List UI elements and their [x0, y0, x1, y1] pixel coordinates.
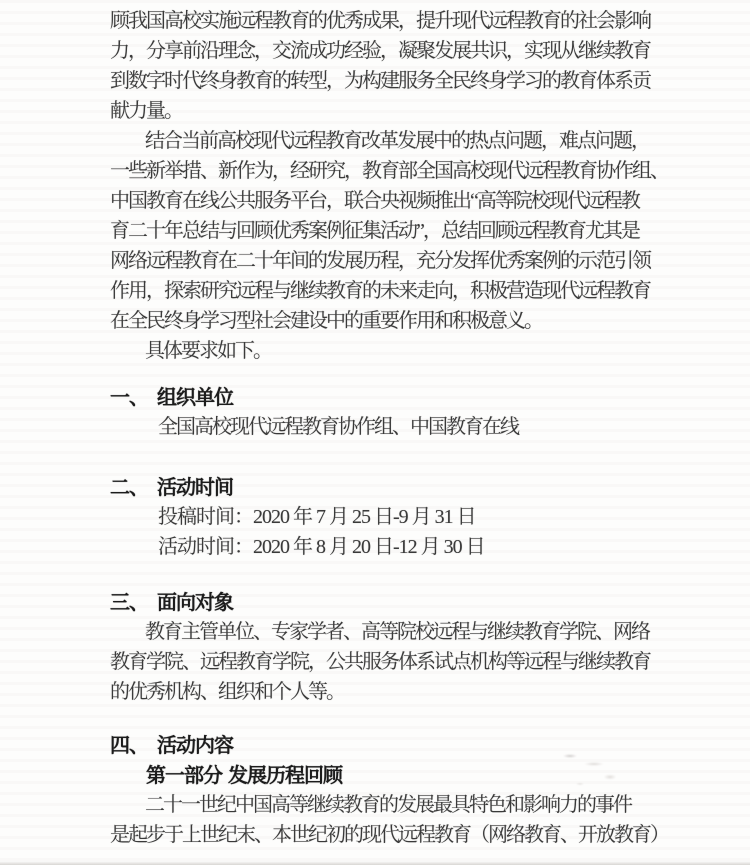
text-line: 献力量。 [110, 96, 660, 126]
text-line: 网络远程教育在二十年间的发展历程，充分发挥优秀案例的示范引领 [110, 246, 660, 276]
text-line: 的优秀机构、组织和个人等。 [110, 677, 660, 707]
text-line: 是起步于上世纪末、本世纪初的现代远程教育（网络教育、开放教育） [110, 820, 660, 850]
paragraph-lead-in: 具体要求如下。 [110, 336, 660, 366]
text-line: 具体要求如下。 [110, 336, 660, 366]
scan-bottom-edge [0, 861, 750, 865]
text-line: 教育学院、远程教育学院，公共服务体系试点机构等远程与继续教育 [110, 647, 660, 677]
text-line: 中国教育在线公共服务平台，联合央视频推出“高等院校现代远程教 [110, 186, 660, 216]
text-line: 教育主管单位、专家学者、高等院校远程与继续教育学院、网络 [110, 617, 660, 647]
text-line: 一些新举措、新作为，经研究，教育部全国高校现代远程教育协作组、 [110, 156, 660, 186]
text-line: 在全民终身学习型社会建设中的重要作用和积极意义。 [110, 306, 660, 336]
text-line: 投稿时间：2020 年 7 月 25 日-9 月 31 日 [110, 502, 660, 532]
text-line: 顾我国高校实施远程教育的优秀成果，提升现代远程教育的社会影响 [110, 6, 660, 36]
section-number: 三、 [110, 587, 157, 617]
section-title: 活动时间 [157, 472, 233, 502]
section-title: 活动内容 [157, 730, 233, 760]
section-heading: 三、 面向对象 [110, 587, 660, 617]
part-subheading: 第一部分 发展历程回顾 [110, 760, 660, 790]
text-line: 力，分享前沿理念，交流成功经验，凝聚发展共识，实现从继续教育 [110, 36, 660, 66]
section-organizers: 一、 组织单位 全国高校现代远程教育协作组、中国教育在线 [110, 382, 660, 442]
section-heading: 一、 组织单位 [110, 382, 660, 412]
text-line: 育二十年总结与回顾优秀案例征集活动”，总结回顾远程教育尤其是 [110, 216, 660, 246]
paragraph-intro: 顾我国高校实施远程教育的优秀成果，提升现代远程教育的社会影响 力，分享前沿理念，… [110, 6, 660, 126]
text-line: 二十一世纪中国高等继续教育的发展最具特色和影响力的事件 [110, 790, 660, 820]
section-title: 面向对象 [157, 587, 233, 617]
section-audience: 三、 面向对象 教育主管单位、专家学者、高等院校远程与继续教育学院、网络 教育学… [110, 587, 660, 707]
section-number: 一、 [110, 382, 157, 412]
text-line: 到数字时代终身教育的转型，为构建服务全民终身学习的教育体系贡 [110, 66, 660, 96]
document-content: 顾我国高校实施远程教育的优秀成果，提升现代远程教育的社会影响 力，分享前沿理念，… [0, 0, 750, 850]
section-heading: 二、 活动时间 [110, 472, 660, 502]
text-line: 作用，探索研究远程与继续教育的未来走向，积极营造现代远程教育 [110, 276, 660, 306]
section-schedule: 二、 活动时间 投稿时间：2020 年 7 月 25 日-9 月 31 日 活动… [110, 472, 660, 562]
document-page: 顾我国高校实施远程教育的优秀成果，提升现代远程教育的社会影响 力，分享前沿理念，… [0, 0, 750, 865]
text-line: 结合当前高校现代远程教育改革发展中的热点问题，难点问题， [110, 126, 660, 156]
paragraph-background: 结合当前高校现代远程教育改革发展中的热点问题，难点问题， 一些新举措、新作为，经… [110, 126, 660, 336]
section-number: 四、 [110, 730, 157, 760]
section-title: 组织单位 [157, 382, 233, 412]
text-line: 全国高校现代远程教育协作组、中国教育在线 [110, 412, 660, 442]
text-line: 活动时间：2020 年 8 月 20 日-12 月 30 日 [110, 532, 660, 562]
section-number: 二、 [110, 472, 157, 502]
section-content: 四、 活动内容 第一部分 发展历程回顾 二十一世纪中国高等继续教育的发展最具特色… [110, 730, 660, 850]
section-heading: 四、 活动内容 [110, 730, 660, 760]
